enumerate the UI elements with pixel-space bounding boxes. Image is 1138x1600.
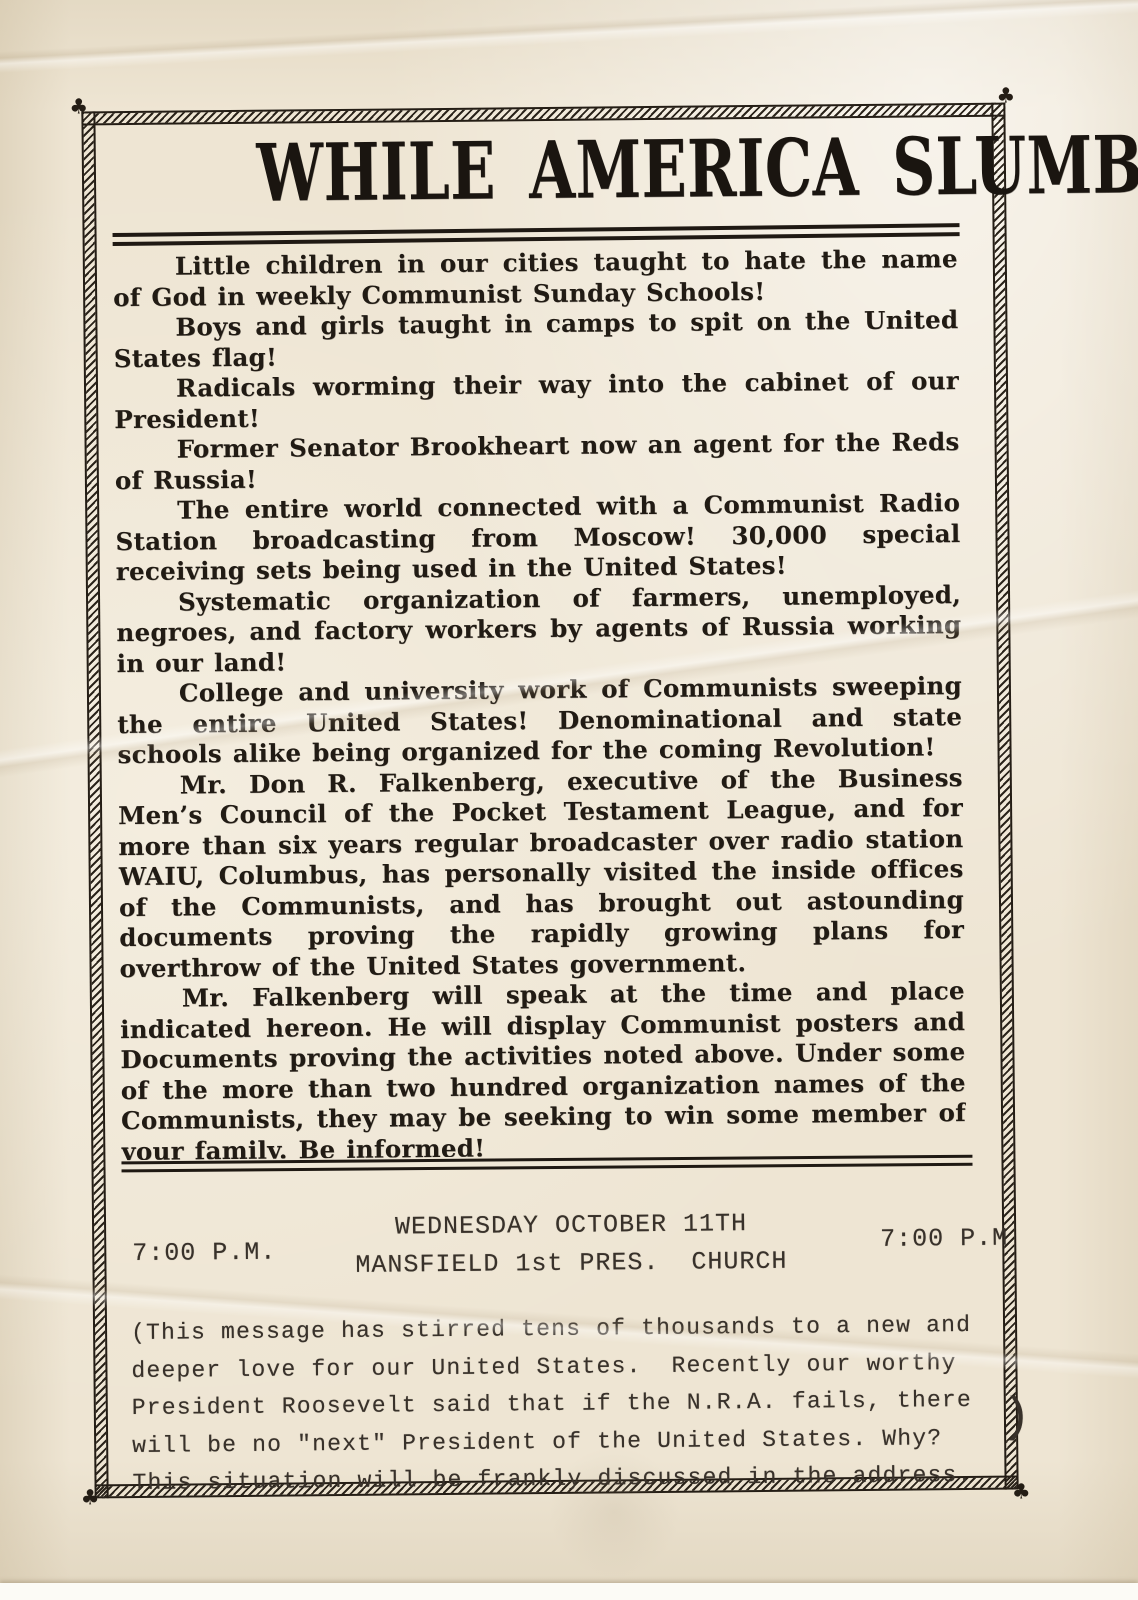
typed-note: (This message has stirred tens of thousa… (131, 1307, 1013, 1503)
page-tilt-wrapper: ♣ ♣ ♣ ♣ WHILE AMERICA SLUMBERS Little ch… (0, 0, 1138, 1600)
body-paragraph: Radicals worming their way into the cabi… (114, 366, 960, 435)
typed-closing-paren: ) (1001, 1394, 1031, 1443)
paper-bottom-edge (0, 1583, 1138, 1600)
headline-double-rule (113, 223, 960, 246)
paper-sheet: ♣ ♣ ♣ ♣ WHILE AMERICA SLUMBERS Little ch… (0, 0, 1138, 1600)
body-text: Little children in our cities taught to … (113, 244, 967, 1160)
body-paragraph: Former Senator Brookheart now an agent f… (114, 427, 960, 496)
clover-ornament-top-left-icon: ♣ (69, 96, 88, 117)
clover-ornament-top-right-icon: ♣ (996, 86, 1015, 107)
body-paragraph: College and university work of Communist… (117, 671, 963, 771)
headline-text: WHILE AMERICA SLUMBERS (256, 118, 1138, 219)
typed-note-line: This situation will be frankly discussed… (132, 1457, 1012, 1503)
body-paragraph: Mr. Falkenberg will speak at the time an… (120, 976, 967, 1160)
event-time-left: 7:00 P.M. (132, 1238, 276, 1268)
border-left (81, 111, 108, 1498)
body-paragraph: Boys and girls taught in camps to spit o… (113, 305, 959, 374)
body-paragraph: Systematic organization of farmers, unem… (116, 580, 962, 680)
decorative-border-frame: ♣ ♣ ♣ ♣ WHILE AMERICA SLUMBERS Little ch… (81, 103, 1018, 1499)
clover-ornament-bottom-right-icon: ♣ (1012, 1481, 1031, 1502)
body-paragraph: Mr. Don R. Falkenberg, executive of the … (118, 763, 965, 985)
headline: WHILE AMERICA SLUMBERS (112, 121, 958, 216)
body-paragraph: The entire world connected with a Commun… (115, 488, 961, 588)
border-right (991, 103, 1018, 1490)
event-time-right: 7:00 P.M (880, 1224, 1008, 1254)
clover-ornament-bottom-left-icon: ♣ (81, 1487, 100, 1508)
scanned-flyer: ♣ ♣ ♣ ♣ WHILE AMERICA SLUMBERS Little ch… (0, 0, 1138, 1600)
body-paragraph: Little children in our cities taught to … (113, 244, 959, 313)
